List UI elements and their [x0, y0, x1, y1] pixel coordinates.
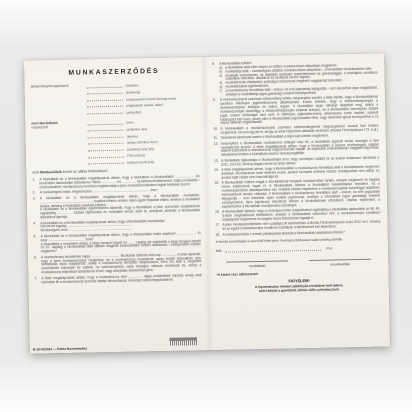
- employer-block: amely létrejött egyrészről (cégnév)(szék…: [31, 80, 199, 116]
- parties-line: mint Munkavállaló között az alábbi felté…: [32, 167, 199, 174]
- page-right: 8.A Munkavállaló köteles:a)a Munkáltató …: [204, 53, 390, 350]
- signature-employee: munkavállaló: [309, 259, 371, 267]
- page-left: MUNKASZERZŐDÉS amely létrejött egyrészrő…: [24, 57, 210, 354]
- employer-intro-label: amely létrejött egyrészről: [31, 82, 88, 116]
- form-field-row: (adószám): [87, 107, 198, 116]
- clause-text: A Munkáltató és a Munkavállaló megállapo…: [39, 175, 199, 190]
- date-row: kelt, P.H.: [216, 246, 381, 253]
- date-blank-line: [225, 250, 321, 253]
- field-caption: (adóazonosító jele): [127, 160, 199, 165]
- form-code: B.18-41/2012 — Pátria Nyomtatvány: [33, 346, 87, 351]
- contract-clause: 1.A Munkáltató és a Munkavállaló megálla…: [32, 175, 199, 190]
- clause-text: A munkaszerződés 1 eredeti példányának á…: [223, 230, 381, 237]
- employer-tag-line2: másrészről: [31, 125, 48, 129]
- contract-clause: 8.A Munkavállaló köteles:a)a Munkáltató …: [212, 60, 378, 98]
- contract-clause: 3.A Munkáltató és a Munkavállaló megálla…: [33, 194, 200, 220]
- employee-fields: (név)(születési név)(lakcím)(anyja szüle…: [87, 117, 199, 165]
- clause-number: 18.: [216, 233, 223, 237]
- clause-text: A Munkavállaló köteles:a)a Munkáltató ál…: [219, 60, 378, 98]
- field-caption: (adószám): [126, 110, 198, 115]
- clause-number: 2.: [33, 192, 40, 196]
- clause-text: A Munkáltató és a Munkavállaló megállapo…: [40, 194, 200, 220]
- signature-label-employer: munkáltató: [226, 263, 288, 269]
- underline-note: *A kívánt rész aláhúzandó!: [216, 269, 381, 276]
- attention-box: FIGYELEM! A Nyomtatvány minden példányát…: [217, 276, 382, 294]
- signature-employer: munkáltató: [226, 261, 288, 269]
- ph-label: P.H.: [326, 247, 332, 251]
- clause-number: 11.: [214, 137, 221, 141]
- form-field-row: (adóazonosító jele): [88, 157, 199, 166]
- employee-block: mint Munkáltató; másrészről (név)(szület…: [31, 117, 199, 166]
- contract-clause: 15.A Munkavállaló köteles magát a Munkál…: [215, 179, 381, 209]
- contract-clause: 6.A munkaviszony kezdetének napja: .....…: [34, 253, 201, 276]
- page-title: MUNKASZERZŐDÉS: [30, 67, 197, 77]
- contract-clause: 5.A Munkáltató és a Munkavállaló megálla…: [34, 232, 201, 255]
- clause-text: A munkaviszony kezdetének napja: .......…: [41, 253, 201, 275]
- employer-fields: (cégnév)(székhely)(cégjegyzéket vezető b…: [87, 80, 199, 115]
- contract-clause: 7.A felek megállapodnak abban, hogy a mu…: [34, 274, 201, 285]
- attestation-text: A fentiek tanúsításául a szerződő felek …: [216, 237, 381, 244]
- field-dotted-line: [88, 163, 124, 165]
- clauses-page1: 1.A Munkáltató és a Munkavállaló megálla…: [32, 175, 201, 285]
- clause-text: A Munkáltató és a Munkavállaló megállapo…: [41, 232, 201, 254]
- clause-text: A felek megállapodnak abban, hogy a munk…: [41, 274, 201, 285]
- field-dotted-line: [87, 113, 123, 115]
- signature-row: munkáltató munkavállaló: [216, 259, 381, 269]
- contract-sheet: MUNKASZERZŐDÉS amely létrejött egyrészrő…: [24, 53, 390, 353]
- barcode: [170, 337, 197, 346]
- clause-text: A Munkavállaló köteles magát a Munkáltat…: [222, 179, 381, 209]
- kelt-label: kelt,: [216, 249, 223, 253]
- contract-clause: 9.A munkaviszonyból származó kötelezetts…: [213, 96, 379, 126]
- signature-label-employee: munkavállaló: [309, 261, 371, 267]
- clause-text: A munkaviszonyból származó kötelezettség…: [220, 96, 379, 126]
- photo-background: { "document": { "title": "MUNKASZERZŐDÉS…: [0, 0, 412, 412]
- clauses-page2: 8.A Munkavállaló köteles:a)a Munkáltató …: [212, 60, 380, 238]
- employer-tag-label: mint Munkáltató; másrészről: [31, 119, 88, 166]
